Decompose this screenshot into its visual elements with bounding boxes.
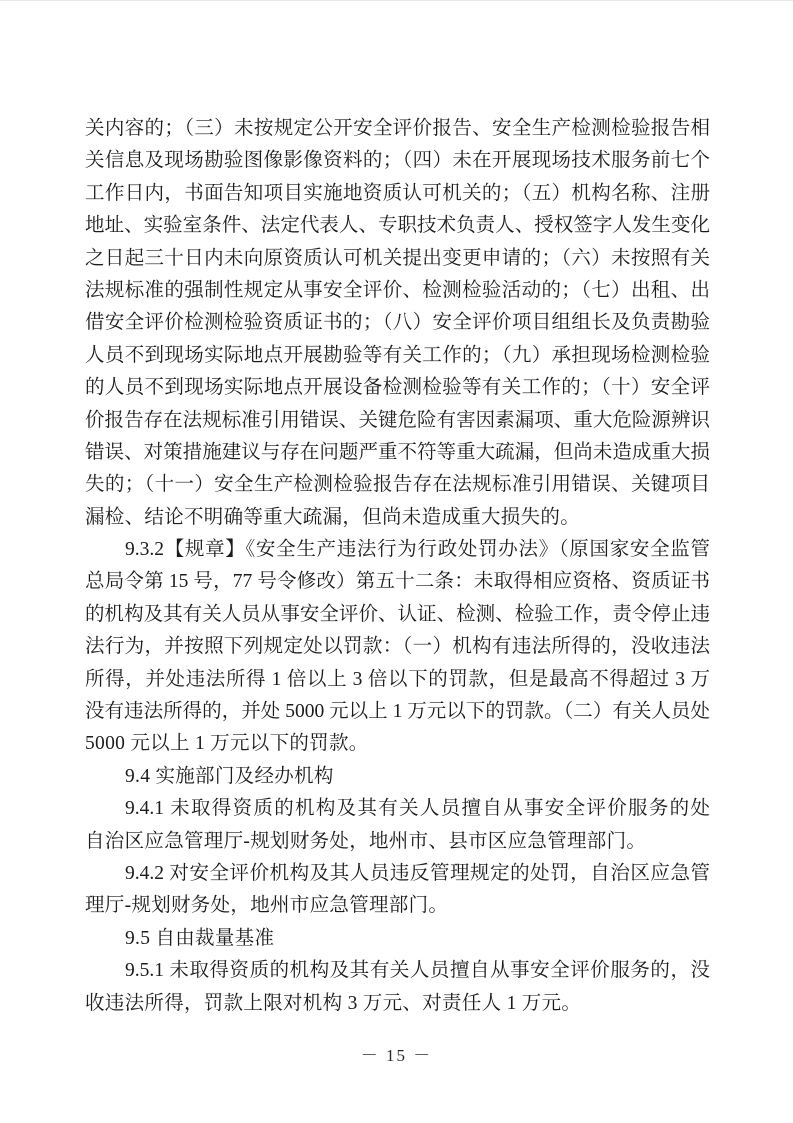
text-line: 关内容的；（三）未按规定公开安全评价报告、安全生产检测检验报告相 — [85, 113, 710, 145]
text-line: 失的；（十一）安全生产检测检验报告存在法规标准引用错误、关键项目 — [85, 469, 710, 501]
text-line: 人员不到现场实际地点开展勘验等有关工作的；（九）承担现场检测检验 — [85, 340, 710, 372]
text-line: 理厅-规划财务处，地州市应急管理部门。 — [85, 890, 710, 922]
text-line: 5000 元以上 1 万元以下的罚款。 — [85, 728, 710, 760]
text-line: 收违法所得，罚款上限对机构 3 万元、对责任人 1 万元。 — [85, 988, 710, 1020]
section-9-3-2-line: 9.3.2【规章】《安全生产违法行为行政处罚办法》（原国家安全监管 — [85, 534, 710, 566]
text-line: 工作日内，书面告知项目实施地资质认可机关的；（五）机构名称、注册 — [85, 178, 710, 210]
body-text: 关内容的；（三）未按规定公开安全评价报告、安全生产检测检验报告相 关信息及现场勘… — [85, 113, 710, 1020]
text-line: 法行为，并按照下列规定处以罚款：（一）机构有违法所得的，没收违法 — [85, 631, 710, 663]
document-page: 关内容的；（三）未按规定公开安全评价报告、安全生产检测检验报告相 关信息及现场勘… — [0, 0, 793, 1123]
text-line: 没有违法所得的，并处 5000 元以上 1 万元以下的罚款。（二）有关人员处 — [85, 696, 710, 728]
text-line: 地址、实验室条件、法定代表人、专职技术负责人、授权签字人发生变化 — [85, 210, 710, 242]
text-line: 的机构及其有关人员从事安全评价、认证、检测、检验工作，责令停止违 — [85, 599, 710, 631]
text-line: 借安全评价检测检验资质证书的；（八）安全评价项目组组长及负责勘验 — [85, 307, 710, 339]
section-9-4-2-line: 9.4.2 对安全评价机构及其人员违反管理规定的处罚，自治区应急管 — [85, 858, 710, 890]
text-line: 自治区应急管理厅-规划财务处，地州市、县市区应急管理部门。 — [85, 826, 710, 858]
text-line: 关信息及现场勘验图像影像资料的；（四）未在开展现场技术服务前七个 — [85, 145, 710, 177]
text-line: 价报告存在法规标准引用错误、关键危险有害因素漏项、重大危险源辨识 — [85, 405, 710, 437]
section-9-4-1-line: 9.4.1 未取得资质的机构及其有关人员擅自从事安全评价服务的处罚， — [85, 793, 710, 825]
text-line: 法规标准的强制性规定从事安全评价、检测检验活动的；（七）出租、出 — [85, 275, 710, 307]
text-line: 总局令第 15 号，77 号令修改）第五十二条：未取得相应资格、资质证书 — [85, 566, 710, 598]
section-9-5-1-line: 9.5.1 未取得资质的机构及其有关人员擅自从事安全评价服务的，没 — [85, 955, 710, 987]
page-number: － 15 － — [0, 1041, 793, 1066]
text-line: 错误、对策措施建议与存在问题严重不符等重大疏漏，但尚未造成重大损 — [85, 437, 710, 469]
section-9-4-heading: 9.4 实施部门及经办机构 — [85, 761, 710, 793]
text-line: 的人员不到现场实际地点开展设备检测检验等有关工作的；（十）安全评 — [85, 372, 710, 404]
text-line: 漏检、结论不明确等重大疏漏，但尚未造成重大损失的。 — [85, 502, 710, 534]
section-9-5-heading: 9.5 自由裁量基准 — [85, 923, 710, 955]
text-line: 之日起三十日内未向原资质认可机关提出变更申请的；（六）未按照有关 — [85, 243, 710, 275]
text-line: 所得，并处违法所得 1 倍以上 3 倍以下的罚款，但是最高不得超过 3 万元； — [85, 664, 710, 696]
